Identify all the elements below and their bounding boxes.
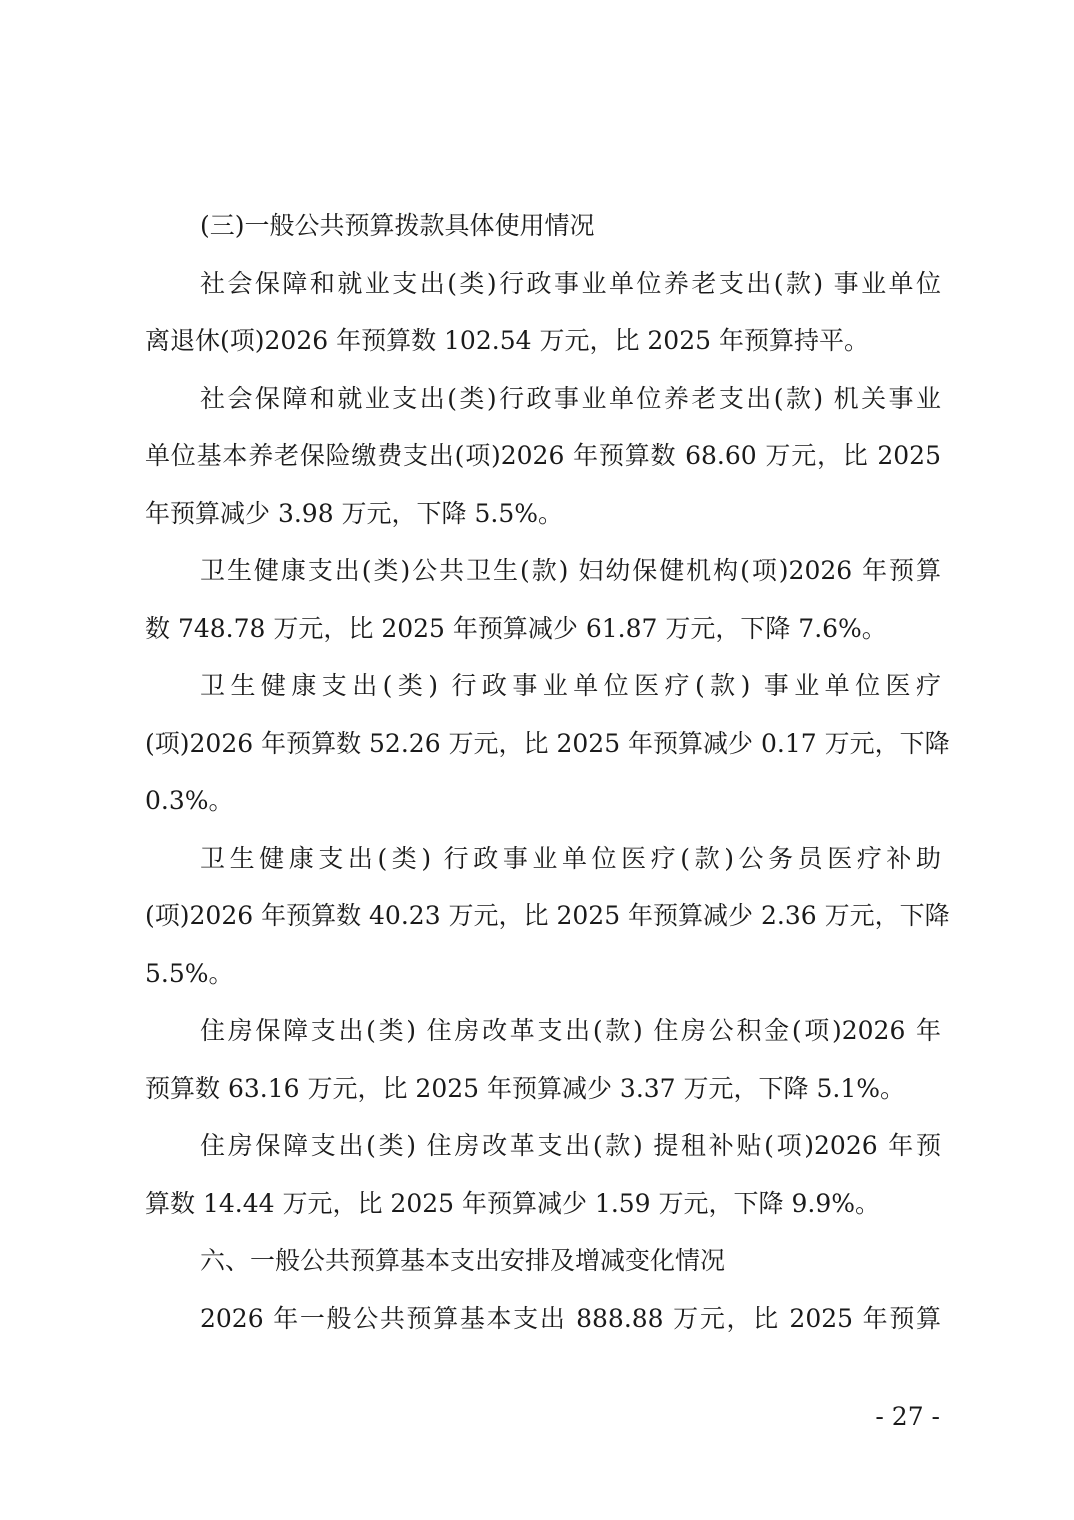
paragraph-line: (项)2026 年预算数 52.26 万元，比 2025 年预算减少 0.17 … xyxy=(145,723,941,781)
paragraph-line: 离退休(项)2026 年预算数 102.54 万元，比 2025 年预算持平。 xyxy=(145,320,941,378)
section6-heading: 六、一般公共预算基本支出安排及增减变化情况 xyxy=(145,1240,941,1298)
paragraph-line: 数 748.78 万元，比 2025 年预算减少 61.87 万元，下降 7.6… xyxy=(145,608,941,666)
paragraph-line: 卫生健康支出(类) 行政事业单位医疗(款)公务员医疗补助 xyxy=(145,838,941,896)
paragraph-line: 社会保障和就业支出(类)行政事业单位养老支出(款) 机关事业 xyxy=(145,378,941,436)
paragraph-line: 预算数 63.16 万元，比 2025 年预算减少 3.37 万元，下降 5.1… xyxy=(145,1068,941,1126)
paragraph-line: 0.3%。 xyxy=(145,780,941,838)
paragraph-line: 卫生健康支出(类) 行政事业单位医疗(款) 事业单位医疗 xyxy=(145,665,941,723)
paragraph-line: (项)2026 年预算数 40.23 万元，比 2025 年预算减少 2.36 … xyxy=(145,895,941,953)
section-heading: (三)一般公共预算拨款具体使用情况 xyxy=(145,205,941,263)
section6-paragraph-line: 2026 年一般公共预算基本支出 888.88 万元，比 2025 年预算 xyxy=(145,1298,941,1356)
paragraph-line: 住房保障支出(类) 住房改革支出(款) 提租补贴(项)2026 年预 xyxy=(145,1125,941,1183)
paragraph-line: 卫生健康支出(类)公共卫生(款) 妇幼保健机构(项)2026 年预算 xyxy=(145,550,941,608)
document-page: (三)一般公共预算拨款具体使用情况 社会保障和就业支出(类)行政事业单位养老支出… xyxy=(145,205,941,1355)
page-number: - 27 - xyxy=(875,1402,940,1431)
paragraph-line: 5.5%。 xyxy=(145,953,941,1011)
paragraph-line: 单位基本养老保险缴费支出(项)2026 年预算数 68.60 万元，比 2025 xyxy=(145,435,941,493)
paragraph-line: 住房保障支出(类) 住房改革支出(款) 住房公积金(项)2026 年 xyxy=(145,1010,941,1068)
paragraph-line: 年预算减少 3.98 万元，下降 5.5%。 xyxy=(145,493,941,551)
paragraph-line: 社会保障和就业支出(类)行政事业单位养老支出(款) 事业单位 xyxy=(145,263,941,321)
paragraph-line: 算数 14.44 万元，比 2025 年预算减少 1.59 万元，下降 9.9%… xyxy=(145,1183,941,1241)
